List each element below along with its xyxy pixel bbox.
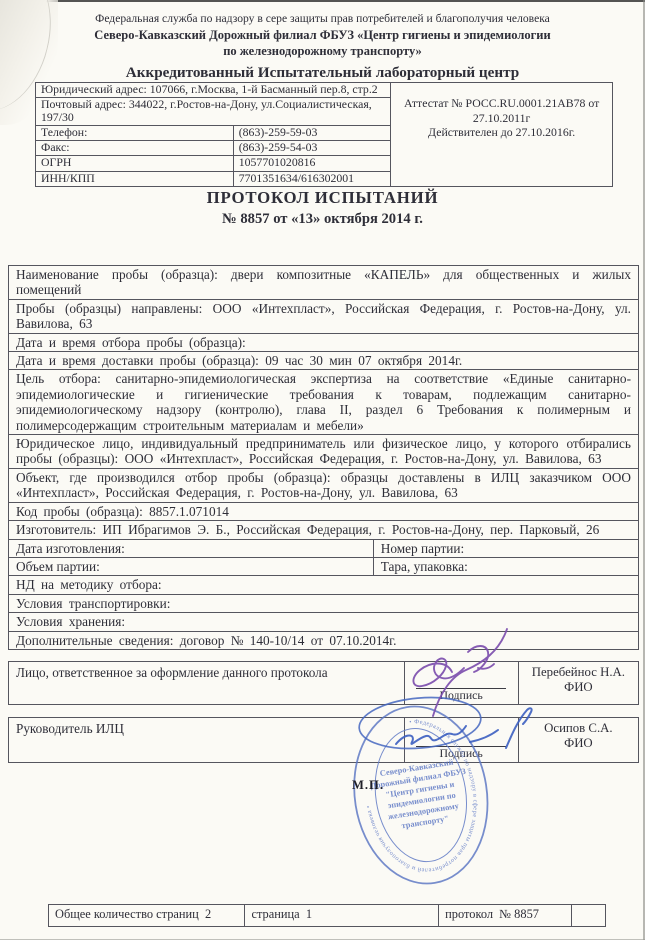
phone-row: Телефон: (863)-259-59-03 bbox=[36, 126, 390, 141]
mp-placeholder: М.П. bbox=[352, 778, 384, 793]
attestat-cell: Аттестат № РОСС.RU.0001.21АВ78 от 27.10.… bbox=[390, 83, 612, 186]
inn-kpp-value: 7701351634/616302001 bbox=[234, 172, 391, 186]
legal-address-row: Юридический адрес: 107066, г.Москва, 1-й… bbox=[36, 83, 390, 98]
sampling-object-row: Объект, где производился отбор пробы (об… bbox=[9, 469, 638, 503]
postal-address: Почтовый адрес: 344022, г.Ростов-на-Дону… bbox=[36, 98, 390, 125]
responsible-person-signature-block: Лицо, ответственное за оформление данног… bbox=[8, 661, 639, 705]
footer-total-pages: Общее количество страниц 2 bbox=[49, 905, 245, 926]
document-title: ПРОТОКОЛ ИСПЫТАНИЙ № 8857 от «13» октябр… bbox=[0, 188, 645, 228]
sample-info-table: Наименование пробы (образца): двери комп… bbox=[8, 265, 639, 650]
transport-conditions-row: Условия транспортировки: bbox=[9, 595, 638, 613]
phone-label: Телефон: bbox=[36, 126, 234, 140]
agency-name: Федеральная служба по надзору в сере защ… bbox=[0, 12, 645, 27]
stamp-graphic: • Федеральная служба по надзору в сфере … bbox=[332, 689, 510, 902]
batch-volume-packaging-row: Объем партии: Тара, упаковка: bbox=[9, 558, 638, 576]
ogrn-row: ОГРН 1057701020816 bbox=[36, 156, 390, 171]
batch-number-cell: Номер партии: bbox=[374, 540, 638, 557]
attestat-valid-until: Действителен до 27.10.2016г. bbox=[391, 125, 612, 140]
postal-address-row: Почтовый адрес: 344022, г.Ростов-на-Дону… bbox=[36, 98, 390, 126]
sample-name-row: Наименование пробы (образца): двери комп… bbox=[9, 266, 638, 300]
ogrn-value: 1057701020816 bbox=[234, 156, 391, 170]
sample-code-row: Код пробы (образца): 8857.1.071014 bbox=[9, 503, 638, 521]
fio-caption: ФИО bbox=[519, 736, 638, 751]
org-details-left: Юридический адрес: 107066, г.Москва, 1-й… bbox=[36, 83, 390, 186]
legal-entity-row: Юридическое лицо, индивидуальный предпри… bbox=[9, 435, 638, 469]
manufacturer-row: Изготовитель: ИП Ибрагимов Э. Б., Россий… bbox=[9, 521, 638, 539]
ogrn-label: ОГРН bbox=[36, 156, 234, 170]
responsible-person-fio-cell: Перебейнос Н.А. ФИО bbox=[519, 662, 638, 704]
scanned-protocol-page: { "colors":{ "paper":"#fbfaf5", "ink":"#… bbox=[0, 0, 645, 940]
lab-head-fio-cell: Осипов С.А. ФИО bbox=[519, 718, 638, 762]
branch-name-line1: Северо-Кавказский Дорожный филиал ФБУЗ «… bbox=[0, 27, 645, 43]
attestat-number: Аттестат № РОСС.RU.0001.21АВ78 от bbox=[391, 96, 612, 111]
inn-kpp-label: ИНН/КПП bbox=[36, 172, 234, 186]
org-details-table: Юридический адрес: 107066, г.Москва, 1-й… bbox=[35, 82, 613, 187]
sampling-datetime-row: Дата и время отбора пробы (образца): bbox=[9, 334, 638, 352]
round-stamp: • Федеральная служба по надзору в сфере … bbox=[332, 689, 510, 902]
footer-protocol-number: протокол № 8857 bbox=[439, 905, 572, 926]
sampling-purpose-row: Цель отбора: санитарно-эпидемиологическа… bbox=[9, 370, 638, 435]
scan-top-edge bbox=[0, 0, 645, 2]
footer-page-number: страница 1 bbox=[245, 905, 439, 926]
manufacture-date-batch-row: Дата изготовления: Номер партии: bbox=[9, 540, 638, 558]
legal-address: Юридический адрес: 107066, г.Москва, 1-й… bbox=[36, 83, 390, 97]
fax-label: Факс: bbox=[36, 141, 234, 155]
lab-head-name: Осипов С.А. bbox=[519, 721, 638, 736]
attestat-date: 27.10.2011г bbox=[391, 111, 612, 126]
fax-value: (863)-259-54-03 bbox=[234, 141, 391, 155]
letterhead: Федеральная служба по надзору в сере защ… bbox=[0, 12, 645, 82]
responsible-person-role: Лицо, ответственное за оформление данног… bbox=[9, 662, 404, 704]
footer-table: Общее количество страниц 2 страница 1 пр… bbox=[48, 904, 606, 927]
sampling-method-nd-row: НД на методику отбора: bbox=[9, 576, 638, 594]
phone-value: (863)-259-59-03 bbox=[234, 126, 391, 140]
branch-name-line2: по железнодорожному транспорту» bbox=[0, 43, 645, 59]
delivery-datetime-row: Дата и время доставки пробы (образца): 0… bbox=[9, 352, 638, 370]
lab-head-signature-block: Руководитель ИЛЦ Подпись Осипов С.А. ФИО bbox=[8, 717, 639, 763]
protocol-number-date: № 8857 от «13» октября 2014 г. bbox=[0, 211, 645, 228]
fio-caption: ФИО bbox=[519, 680, 638, 695]
inn-kpp-row: ИНН/КПП 7701351634/616302001 bbox=[36, 172, 390, 186]
lab-center-name: Аккредитованный Испытательный лабораторн… bbox=[0, 63, 645, 82]
manufacture-date-cell: Дата изготовления: bbox=[9, 540, 374, 557]
packaging-cell: Тара, упаковка: bbox=[374, 558, 638, 575]
additional-info-row: Дополнительные сведения: договор № 140-1… bbox=[9, 632, 638, 649]
storage-conditions-row: Условия хранения: bbox=[9, 613, 638, 631]
footer-empty-cell bbox=[572, 905, 605, 926]
responsible-person-name: Перебейнос Н.А. bbox=[519, 665, 638, 680]
batch-volume-cell: Объем партии: bbox=[9, 558, 374, 575]
protocol-title: ПРОТОКОЛ ИСПЫТАНИЙ bbox=[0, 188, 645, 208]
sample-sent-by-row: Пробы (образцы) направлены: ООО «Интехпл… bbox=[9, 300, 638, 334]
fax-row: Факс: (863)-259-54-03 bbox=[36, 141, 390, 156]
